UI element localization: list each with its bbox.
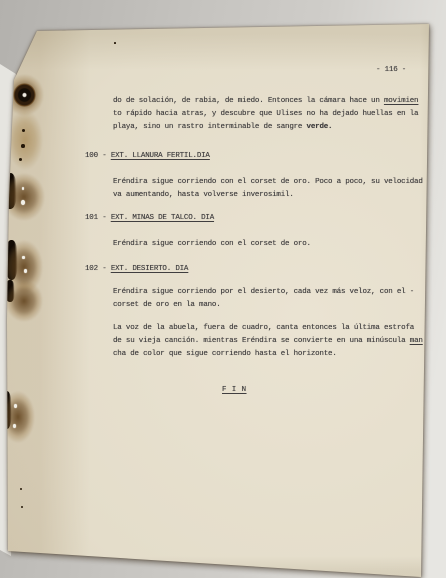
dirt-speck — [20, 488, 22, 490]
burn-core — [3, 173, 17, 209]
page-shadow: - 116 - do de solación, de rabia, de mie… — [0, 0, 446, 578]
action-paragraph-line: va aumentando, hasta volverse inverosimi… — [113, 189, 294, 202]
fin-marker: F I N — [222, 384, 247, 397]
action-paragraph-line: playa, sino un rastro interminable de sa… — [113, 121, 332, 134]
action-paragraph-line: Eréndira sigue corriendo con el corset d… — [113, 176, 423, 189]
action-text: do de solación, de rabia, de miedo. Ento… — [113, 97, 384, 105]
action-paragraph-line: corset de oro en la mano. — [113, 299, 221, 312]
dirt-speck — [114, 42, 116, 44]
burn-core — [5, 280, 15, 302]
burn-halo — [5, 280, 43, 322]
burn-core — [1, 391, 12, 429]
edge-smudge — [61, 28, 66, 30]
burn-mark — [5, 280, 43, 322]
burn-mark — [1, 391, 35, 443]
action-paragraph-line: cha de color que sigue corriendo hasta e… — [113, 348, 337, 361]
action-paragraph-line: to rápido hacia atras, y descubre que Ul… — [113, 108, 418, 121]
action-paragraph-line: Eréndira sigue corriendo por el desierto… — [113, 286, 414, 299]
hyphen-break-word: movimien — [384, 97, 418, 105]
burn-halo — [5, 240, 43, 294]
burn-highlight — [21, 200, 25, 205]
scene-heading-text: EXT. LLANURA FERTIL.DIA — [111, 152, 210, 160]
burn-mark — [5, 74, 44, 116]
action-text: playa, sino un rastro interminable de sa… — [113, 123, 307, 131]
burn-highlight — [14, 404, 17, 408]
action-text: de su vieja canción. mientras Eréndira s… — [113, 337, 410, 345]
burn-highlight — [22, 187, 24, 190]
scene-heading-text: EXT. DESIERTO. DIA — [111, 265, 188, 273]
scanned-script-photo: - 116 - do de solación, de rabia, de mie… — [0, 0, 446, 578]
burn-highlight — [22, 256, 25, 259]
burn-mark — [5, 240, 43, 294]
scene-number: 100 - — [85, 152, 111, 160]
burn-core — [5, 240, 18, 280]
scene-heading-101: 101 - EXT. MINAS DE TALCO. DIA — [85, 212, 214, 225]
action-paragraph-line: Eréndira sigue corriendo con el corset d… — [113, 238, 311, 251]
action-paragraph-line: do de solación, de rabia, de miedo. Ento… — [113, 95, 418, 108]
burn-speck — [22, 129, 25, 132]
burn-highlight — [13, 424, 16, 428]
scene-number: 101 - — [85, 214, 111, 222]
page-number: - 116 - — [376, 64, 406, 77]
scorch-stain — [7, 110, 43, 170]
action-paragraph-line: de su vieja canción. mientras Eréndira s… — [113, 335, 423, 348]
burn-core — [13, 83, 36, 107]
burn-halo — [5, 74, 44, 116]
emphasized-word: verde. — [307, 123, 333, 131]
script-page: - 116 - do de solación, de rabia, de mie… — [0, 0, 446, 578]
burn-highlight — [24, 269, 27, 273]
scene-heading-102: 102 - EXT. DESIERTO. DIA — [85, 263, 188, 276]
action-paragraph-line: La voz de la abuela, fuera de cuadro, ca… — [113, 322, 414, 335]
dirt-speck — [21, 506, 23, 508]
scene-heading-100: 100 - EXT. LLANURA FERTIL.DIA — [85, 150, 210, 163]
burn-mark — [3, 173, 45, 221]
scene-heading-text: EXT. MINAS DE TALCO. DIA — [111, 214, 214, 222]
burn-speck — [21, 144, 25, 148]
burn-halo — [1, 391, 35, 443]
burn-halo — [3, 173, 45, 221]
hyphen-break-word: man — [410, 337, 423, 345]
burn-speck — [19, 158, 22, 161]
scene-number: 102 - — [85, 265, 111, 273]
